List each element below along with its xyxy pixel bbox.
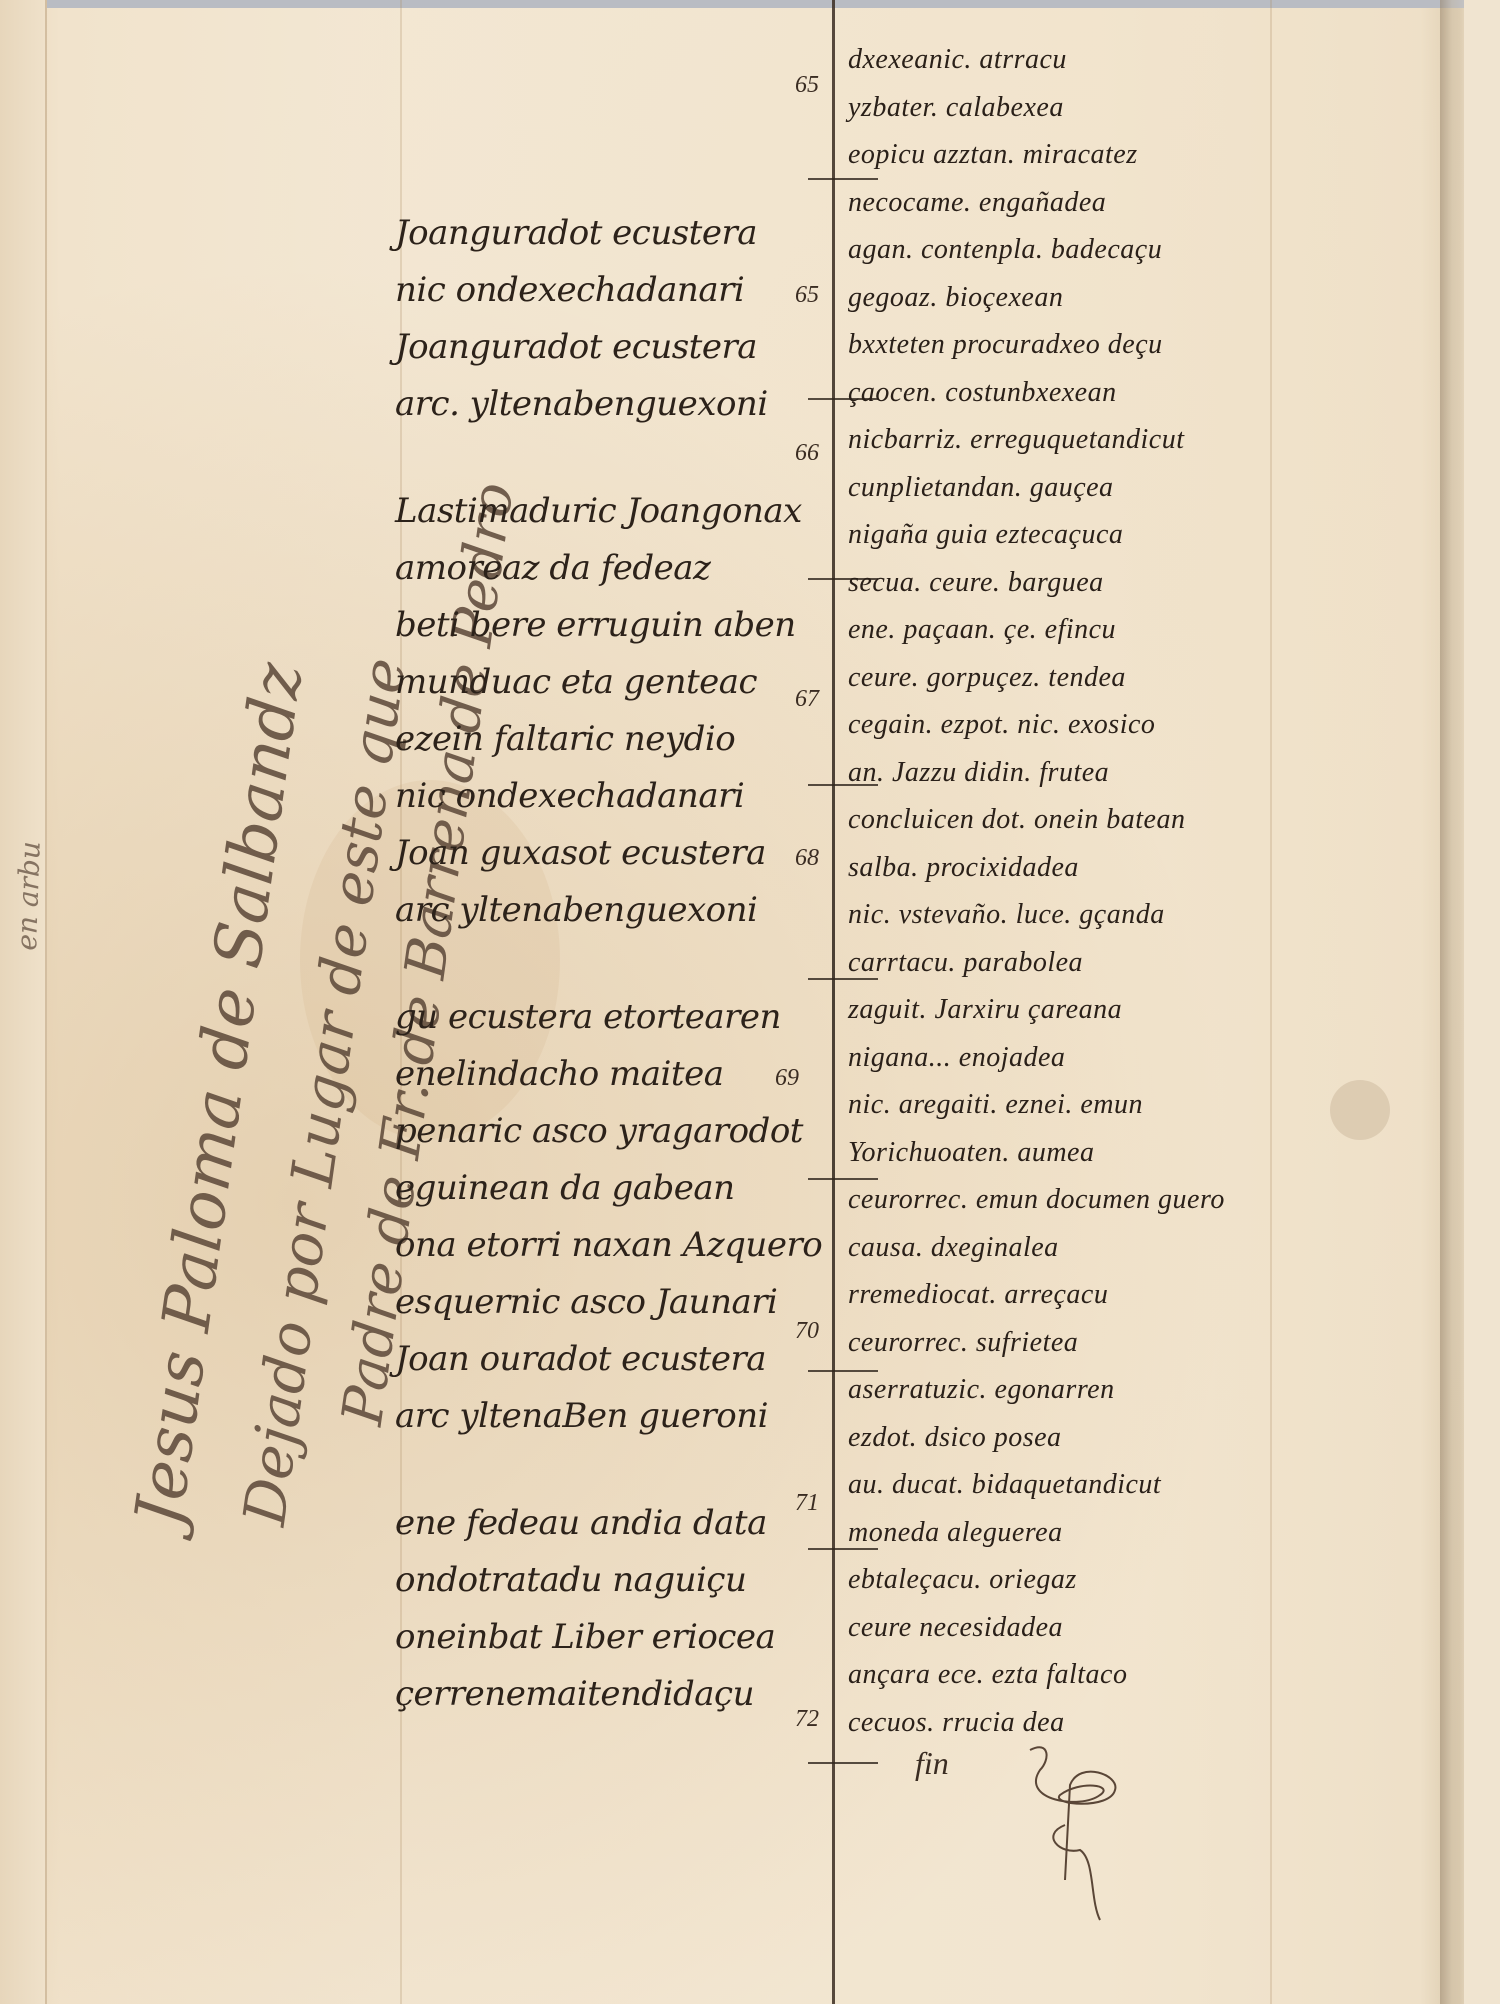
stanza: gu ecustera etortearen enelindacho maite… — [395, 989, 825, 1445]
verse-line: enelindacho maitea — [395, 1046, 825, 1103]
binding-shadow — [1440, 0, 1464, 2004]
verse-line: eguinean da gabean — [395, 1160, 825, 1217]
verse-line: ceurorrec. sufrietea — [848, 1319, 1388, 1367]
verse-line: arc. yltenabenguexoni — [395, 376, 825, 433]
verse-line: agan. contenpla. badecaçu — [848, 226, 1388, 274]
verse-line: cegain. ezpot. nic. exosico — [848, 701, 1388, 749]
verse-line: çaocen. costunbxexean — [848, 369, 1388, 417]
verse-line: dxexeanic. atrracu — [848, 36, 1388, 84]
stanza-number: 69 — [775, 1065, 799, 1092]
verse-line: ceure necesidadea — [848, 1604, 1388, 1652]
manuscript-page: Jesus Paloma de Salbandz Dejado por Luga… — [0, 0, 1500, 2004]
verse-line: ondotratadu naguiçu — [395, 1552, 825, 1609]
stanza-number: 65 — [795, 282, 819, 309]
verse-line: Lastimaduric Joangonax — [395, 483, 825, 540]
verse-line: nigana... enojadea — [848, 1034, 1388, 1082]
verse-line: beti bere erruguin aben — [395, 597, 825, 654]
verse-line: yzbater. calabexea — [848, 84, 1388, 132]
verse-line: esquernic asco Jaunari — [395, 1274, 825, 1331]
stanza-number: 68 — [795, 845, 819, 872]
verse-line: çerrenemaitendidaçu — [395, 1666, 825, 1723]
verse-line: carrtacu. parabolea — [848, 939, 1388, 987]
verse-line: au. ducat. bidaquetandicut — [848, 1461, 1388, 1509]
verse-line: an. Jazzu didin. frutea — [848, 749, 1388, 797]
verse-line: gu ecustera etortearen — [395, 989, 825, 1046]
verse-line: zaguit. Jarxiru çareana — [848, 986, 1388, 1034]
verse-line: Joanguradot ecustera — [395, 319, 825, 376]
verse-line: penaric asco yragarodot — [395, 1103, 825, 1160]
verse-line: Joan ouradot ecustera — [395, 1331, 825, 1388]
stanza-number: 70 — [795, 1318, 819, 1345]
verse-line: ebtaleçacu. oriegaz — [848, 1556, 1388, 1604]
verse-line: ezein faltaric neydio — [395, 711, 825, 768]
verse-line: gegoaz. bioçexean — [848, 274, 1388, 322]
signature-flourish-icon — [1020, 1740, 1140, 1930]
verse-line: moneda aleguerea — [848, 1509, 1388, 1557]
verse-line: Yorichuoaten. aumea — [848, 1129, 1388, 1177]
verse-line: secua. ceure. barguea — [848, 559, 1388, 607]
verse-line: salba. procixidadea — [848, 844, 1388, 892]
verse-line: nic ondexechadanari — [395, 768, 825, 825]
verse-line: ceurorrec. emun documen guero — [848, 1176, 1388, 1224]
verse-line: causa. dxeginalea — [848, 1224, 1388, 1272]
verse-line: aserratuzic. egonarren — [848, 1366, 1388, 1414]
next-leaf-edge — [1464, 0, 1500, 2004]
verse-line: ona etorri naxan Azquero — [395, 1217, 825, 1274]
verse-line: arc yltenabenguexoni — [395, 882, 825, 939]
stanza: Lastimaduric Joangonax amoreaz da fedeaz… — [395, 483, 825, 939]
verse-line: nic. vstevaño. luce. gçanda — [848, 891, 1388, 939]
verse-line: nic ondexechadanari — [395, 262, 825, 319]
stanza: ene fedeau andia data ondotratadu naguiç… — [395, 1495, 825, 1723]
verse-line: ceure. gorpuçez. tendea — [848, 654, 1388, 702]
verse-line: nicbarriz. erreguquetandicut — [848, 416, 1388, 464]
verse-line: arc yltenaBen gueroni — [395, 1388, 825, 1445]
verse-line: ançara ece. ezta faltaco — [848, 1651, 1388, 1699]
stanza-number: 72 — [795, 1706, 819, 1733]
stanza-number: 71 — [795, 1490, 819, 1517]
verse-line: amoreaz da fedeaz — [395, 540, 825, 597]
edge-fragment-text: en arbu — [10, 841, 47, 952]
verse-line: ene. paçaan. çe. efincu — [848, 606, 1388, 654]
stanza: Joanguradot ecustera nic ondexechadanari… — [395, 205, 825, 433]
verse-line: munduac eta genteac — [395, 654, 825, 711]
verse-line: ezdot. dsico posea — [848, 1414, 1388, 1462]
closing-word: fin — [915, 1745, 949, 1782]
column-divider-rule — [832, 0, 835, 2004]
verse-line: eopicu azztan. miracatez — [848, 131, 1388, 179]
right-verse-column: dxexeanic. atrracu yzbater. calabexea eo… — [848, 36, 1388, 1746]
verse-line: cecuos. rrucia dea — [848, 1699, 1388, 1747]
verse-line: cunplietandan. gauçea — [848, 464, 1388, 512]
verse-line: bxxteten procuradxeo deçu — [848, 321, 1388, 369]
verse-line: oneinbat Liber eriocea — [395, 1609, 825, 1666]
verse-line: Joan guxasot ecustera — [395, 825, 825, 882]
stanza-number: 67 — [795, 686, 819, 713]
stanza-number: 65 — [795, 72, 819, 99]
verse-line: nic. aregaiti. eznei. emun — [848, 1081, 1388, 1129]
left-verse-column: Joanguradot ecustera nic ondexechadanari… — [395, 205, 825, 1723]
verse-line: necocame. engañadea — [848, 179, 1388, 227]
scanner-edge — [0, 0, 1500, 8]
verse-line: concluicen dot. onein batean — [848, 796, 1388, 844]
verse-line: rremediocat. arreçacu — [848, 1271, 1388, 1319]
left-page-edge — [0, 0, 47, 2004]
verse-line: ene fedeau andia data — [395, 1495, 825, 1552]
stanza-bracket — [808, 1762, 878, 1764]
verse-line: Joanguradot ecustera — [395, 205, 825, 262]
stanza-number: 66 — [795, 440, 819, 467]
verse-line: nigaña guia eztecaçuca — [848, 511, 1388, 559]
